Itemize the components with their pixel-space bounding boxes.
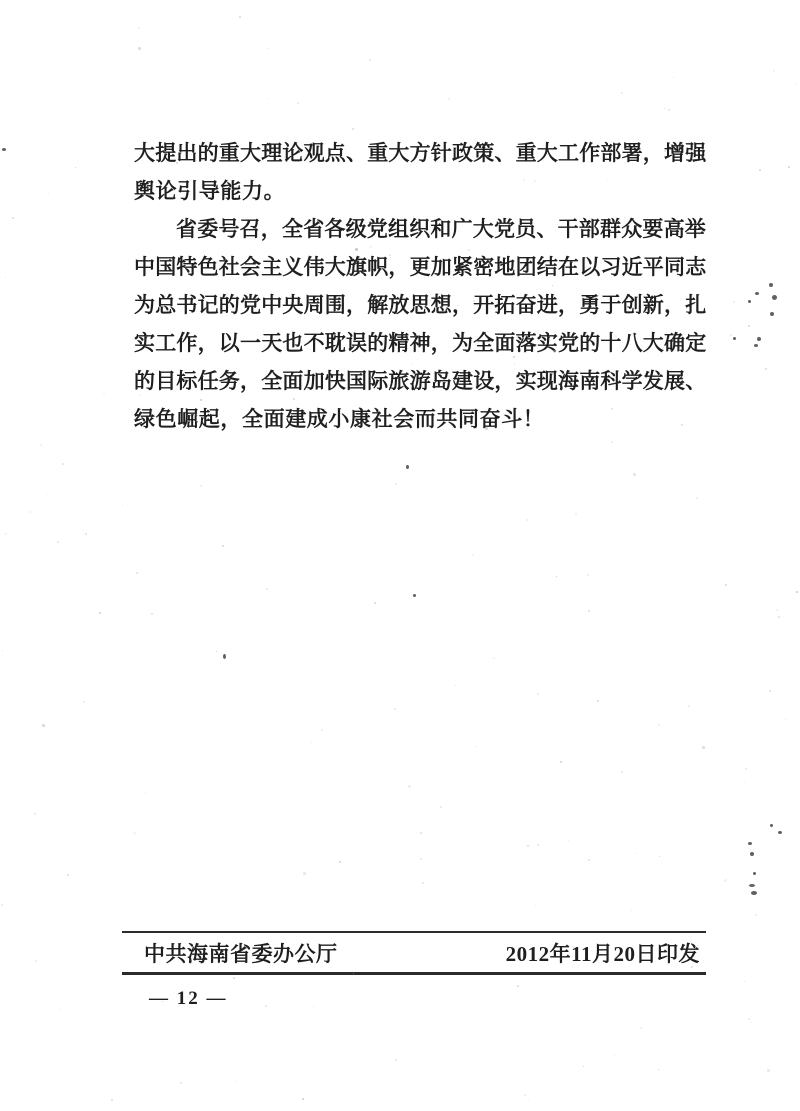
body-line-1: 大提出的重大理论观点、重大方针政策、重大工作部署，增强 xyxy=(134,134,706,172)
body-line-5: 为总书记的党中央周围，解放思想，开拓奋进，勇于创新，扎 xyxy=(134,286,706,324)
footer-issuer: 中共海南省委办公厅 xyxy=(144,938,338,968)
body-line-3: 省委号召，全省各级党组织和广大党员、干部群众要高举 xyxy=(134,210,706,248)
body-line-6: 实工作，以一天也不耽误的精神，为全面落实党的十八大确定 xyxy=(134,324,706,362)
page-number: — 12 — xyxy=(149,988,228,1010)
body-line-4: 中国特色社会主义伟大旗帜，更加紧密地团结在以习近平同志 xyxy=(134,248,706,286)
body-line-8: 绿色崛起，全面建成小康社会而共同奋斗！ xyxy=(134,400,706,438)
scanned-document-page: 大提出的重大理论观点、重大方针政策、重大工作部署，增强 舆论引导能力。 省委号召… xyxy=(0,0,800,1111)
footer-print-date: 2012年11月20日印发 xyxy=(506,938,700,968)
document-body: 大提出的重大理论观点、重大方针政策、重大工作部署，增强 舆论引导能力。 省委号召… xyxy=(134,134,706,438)
body-line-7: 的目标任务，全面加快国际旅游岛建设，实现海南科学发展、 xyxy=(134,362,706,400)
body-line-2: 舆论引导能力。 xyxy=(134,172,706,210)
footer-colophon: 中共海南省委办公厅 2012年11月20日印发 xyxy=(122,931,706,975)
